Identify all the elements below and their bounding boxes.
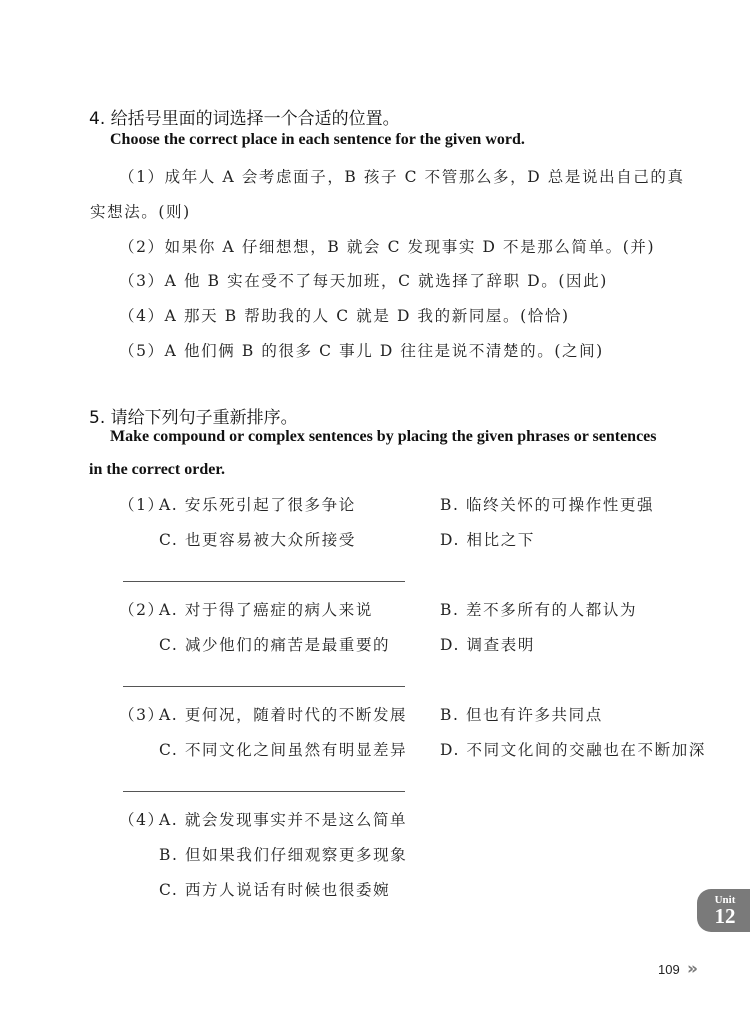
option-b: B. 差不多所有的人都认为 xyxy=(440,598,637,620)
option-c: C. 西方人说话有时候也很委婉 xyxy=(159,878,390,900)
item-number: （4） xyxy=(119,307,165,325)
exercise-4-heading: 4. 给括号里面的词选择一个合适的位置。 xyxy=(89,104,400,129)
option-d: D. 相比之下 xyxy=(440,528,535,550)
exercise-5-item-3-number: （3） xyxy=(119,703,165,725)
item-number: （3） xyxy=(119,272,165,290)
item-number: （1） xyxy=(119,168,165,186)
exercise-4-item-5: （5）A 他们俩 B 的很多 C 事儿 D 往往是说不清楚的。(之间) xyxy=(119,339,604,361)
item-text: A 那天 B 帮助我的人 C 就是 D 我的新同屋。(恰恰) xyxy=(165,307,570,325)
option-c: C. 减少他们的痛苦是最重要的 xyxy=(159,633,390,655)
exercise-5-item-4-number: （4） xyxy=(119,808,165,830)
option-d: D. 不同文化间的交融也在不断加深 xyxy=(440,738,706,760)
option-a: A. 对于得了癌症的病人来说 xyxy=(159,598,373,620)
exercise-4-instruction: Choose the correct place in each sentenc… xyxy=(110,131,525,149)
unit-tab: Unit 12 xyxy=(697,889,750,932)
answer-blank-3[interactable] xyxy=(123,791,405,792)
exercise-4-item-1: （1）成年人 A 会考虑面子，B 孩子 C 不管那么多，D 总是说出自己的真 xyxy=(119,165,685,187)
exercise-4-item-2: （2）如果你 A 仔细想想，B 就会 C 发现事实 D 不是那么简单。(并) xyxy=(119,235,655,257)
option-b: B. 但如果我们仔细观察更多现象 xyxy=(159,843,407,865)
exercise-5-instruction-line-1: Make compound or complex sentences by pl… xyxy=(110,428,657,446)
exercise-4-item-3: （3）A 他 B 实在受不了每天加班，C 就选择了辞职 D。(因此) xyxy=(119,269,608,291)
exercise-4-item-1-continued: 实想法。(则) xyxy=(90,200,191,222)
page-number: 109 xyxy=(658,962,680,977)
answer-blank-1[interactable] xyxy=(123,581,405,582)
next-page-arrow-icon: » xyxy=(687,959,694,979)
option-b: B. 但也有许多共同点 xyxy=(440,703,603,725)
option-b: B. 临终关怀的可操作性更强 xyxy=(440,493,654,515)
exercise-5-item-2-number: （2） xyxy=(119,598,165,620)
exercise-5-heading: 5. 请给下列句子重新排序。 xyxy=(89,403,298,428)
option-c: C. 也更容易被大众所接受 xyxy=(159,528,356,550)
answer-blank-2[interactable] xyxy=(123,686,405,687)
item-text: 成年人 A 会考虑面子，B 孩子 C 不管那么多，D 总是说出自己的真 xyxy=(165,168,685,186)
item-text: A 他 B 实在受不了每天加班，C 就选择了辞职 D。(因此) xyxy=(165,272,608,290)
option-a: A. 就会发现事实并不是这么简单 xyxy=(159,808,407,830)
option-c: C. 不同文化之间虽然有明显差异 xyxy=(159,738,407,760)
option-a: A. 更何况，随着时代的不断发展 xyxy=(159,703,407,725)
unit-number: 12 xyxy=(700,906,750,927)
item-number: （2） xyxy=(119,238,165,256)
exercise-5-item-1-number: （1） xyxy=(119,493,165,515)
item-number: （5） xyxy=(119,342,165,360)
item-text: 如果你 A 仔细想想，B 就会 C 发现事实 D 不是那么简单。(并) xyxy=(165,238,655,256)
option-a: A. 安乐死引起了很多争论 xyxy=(159,493,356,515)
exercise-4-item-4: （4）A 那天 B 帮助我的人 C 就是 D 我的新同屋。(恰恰) xyxy=(119,304,570,326)
exercise-5-instruction-line-2: in the correct order. xyxy=(89,461,225,479)
option-d: D. 调查表明 xyxy=(440,633,535,655)
item-text: A 他们俩 B 的很多 C 事儿 D 往往是说不清楚的。(之间) xyxy=(165,342,604,360)
